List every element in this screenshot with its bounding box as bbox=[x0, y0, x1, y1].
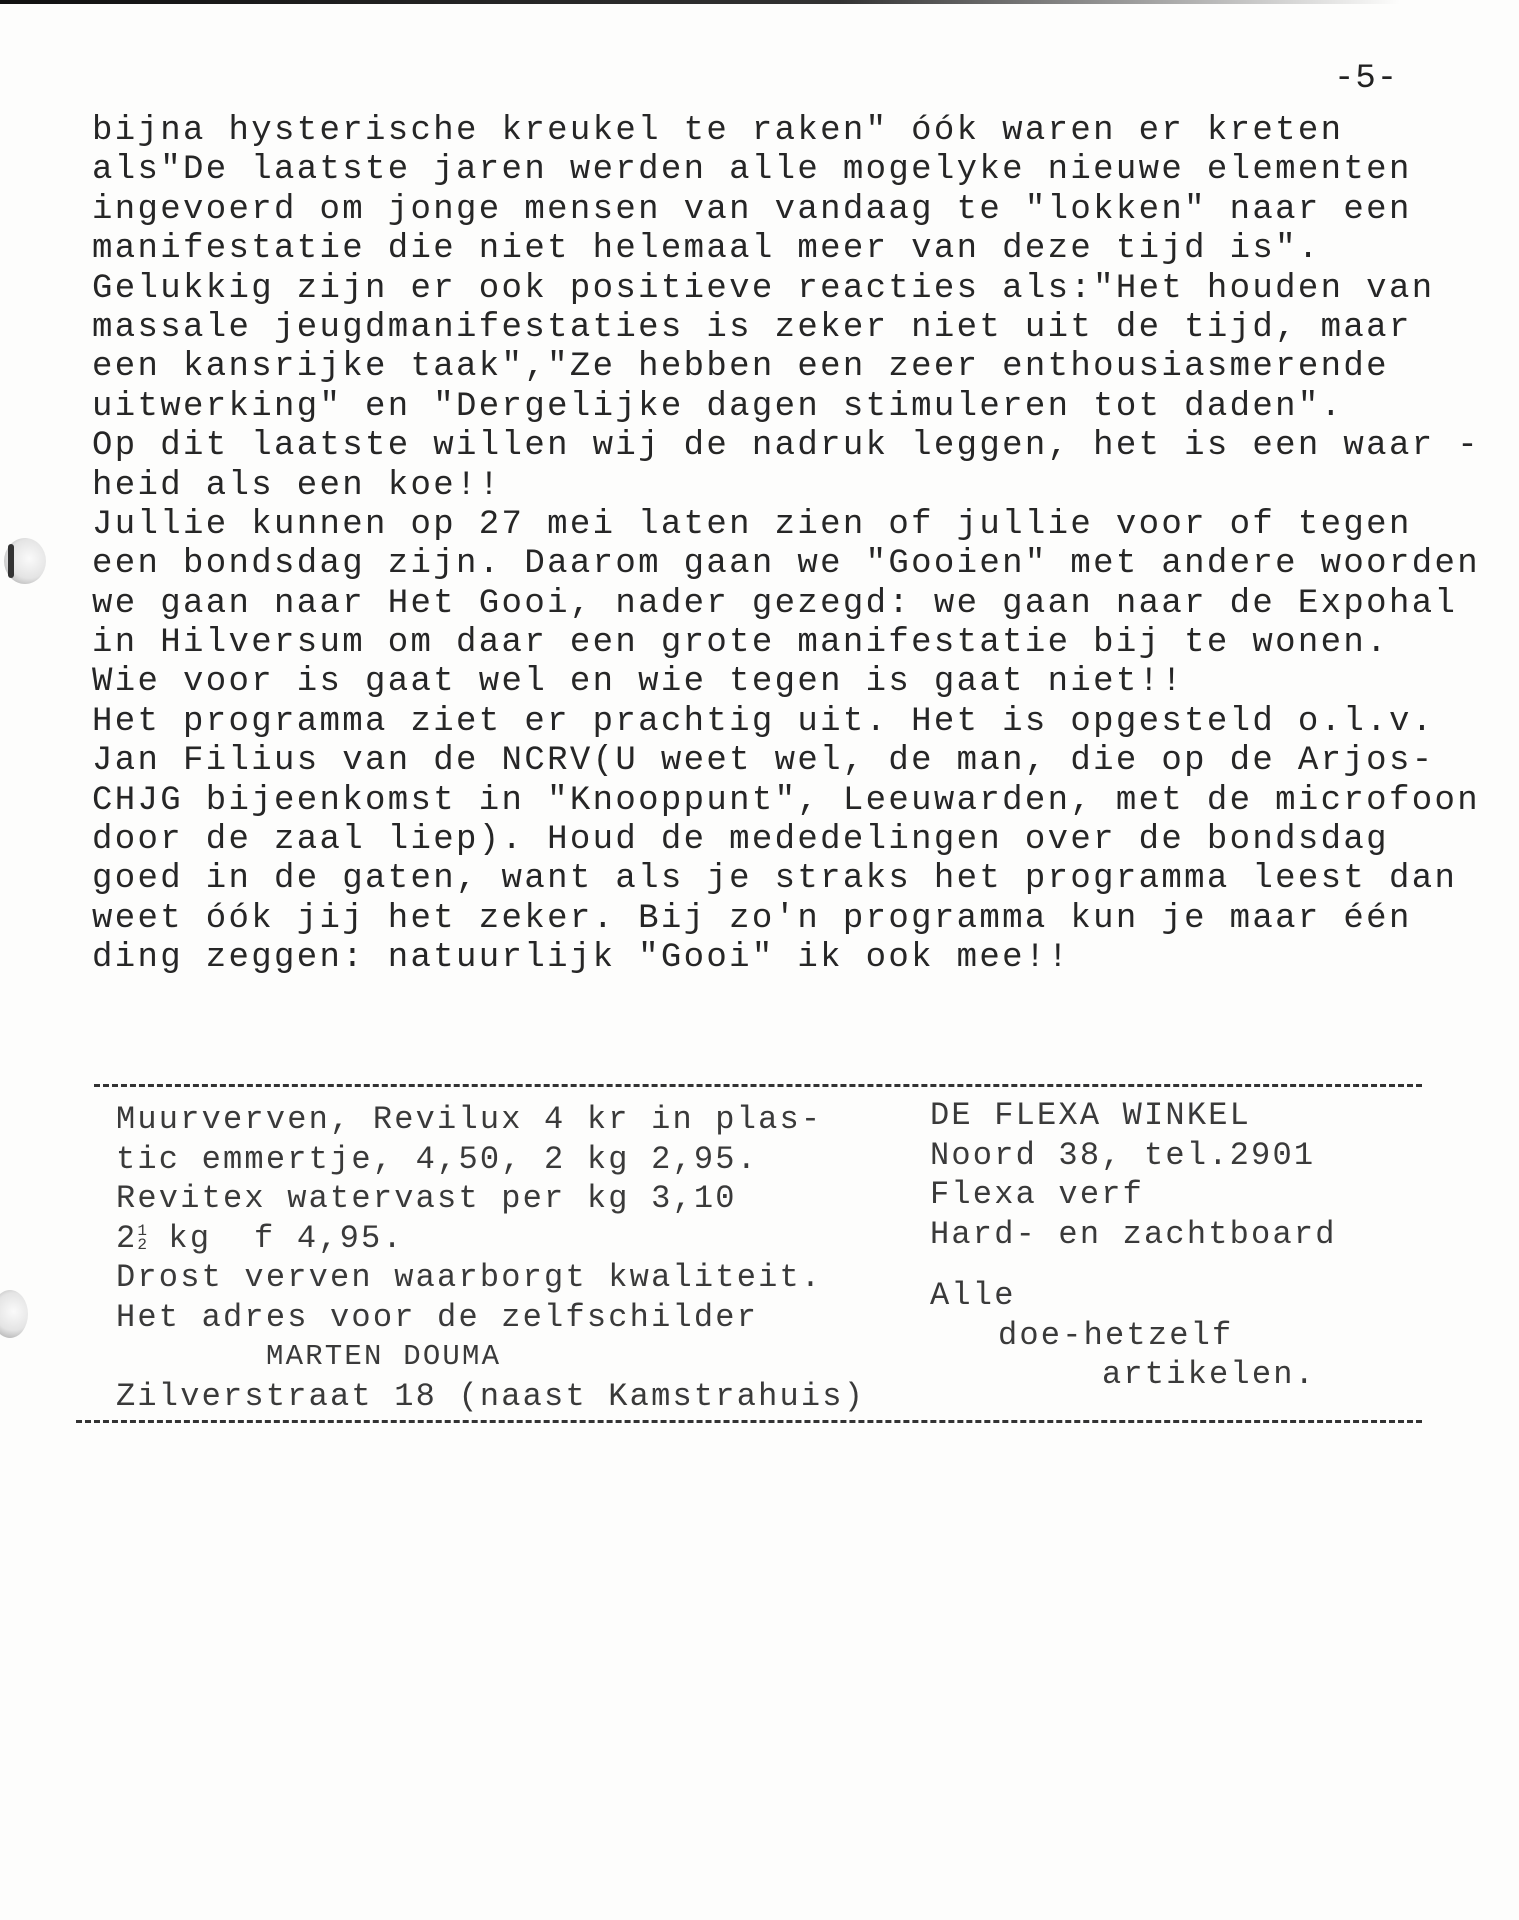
text-line: door de zaal liep). Houd de mededelingen… bbox=[92, 821, 1480, 860]
text-line: als"De laatste jaren werden alle mogelyk… bbox=[92, 151, 1480, 190]
ad-line: Het adres voor de zelfschilder bbox=[116, 1298, 865, 1338]
ad-marten-douma: Muurverven, Revilux 4 kr in plas- tic em… bbox=[116, 1100, 865, 1416]
text-line: ding zeggen: natuurlijk "Gooi" ik ook me… bbox=[92, 939, 1480, 978]
fraction: 12 bbox=[137, 1224, 147, 1252]
scan-top-edge bbox=[0, 0, 1400, 4]
ad-shop-name: MARTEN DOUMA bbox=[116, 1337, 865, 1377]
price-rest: kg f 4,95. bbox=[147, 1220, 404, 1257]
text-line: Op dit laatste willen wij de nadruk legg… bbox=[92, 427, 1480, 466]
ad-tagline: doe-hetzelf bbox=[930, 1316, 1337, 1356]
ad-line: Noord 38, tel.2901 bbox=[930, 1136, 1337, 1176]
text-line: Wie voor is gaat wel en wie tegen is gaa… bbox=[92, 663, 1480, 702]
ad-address: Zilverstraat 18 (naast Kamstrahuis) bbox=[116, 1377, 865, 1417]
text-line: een bondsdag zijn. Daarom gaan we "Gooie… bbox=[92, 545, 1480, 584]
text-line: bijna hysterische kreukel te raken" óók … bbox=[92, 112, 1480, 151]
ad-line: Muurverven, Revilux 4 kr in plas- bbox=[116, 1100, 865, 1140]
ad-line: tic emmertje, 4,50, 2 kg 2,95. bbox=[116, 1140, 865, 1180]
punch-hole bbox=[4, 538, 46, 584]
text-line: Jullie kunnen op 27 mei laten zien of ju… bbox=[92, 506, 1480, 545]
ad-shop-name: DE FLEXA WINKEL bbox=[930, 1096, 1337, 1136]
punch-hole bbox=[0, 1290, 28, 1338]
ad-line: Revitex watervast per kg 3,10 bbox=[116, 1179, 865, 1219]
text-line: goed in de gaten, want als je straks het… bbox=[92, 860, 1480, 899]
ad-price-line: 212 kg f 4,95. bbox=[116, 1219, 865, 1259]
text-line: weet óók jij het zeker. Bij zo'n program… bbox=[92, 900, 1480, 939]
ad-divider-top bbox=[94, 1084, 1422, 1087]
page-number: -5- bbox=[1334, 60, 1398, 98]
price-whole: 2 bbox=[116, 1220, 137, 1257]
text-line: manifestatie die niet helemaal meer van … bbox=[92, 230, 1480, 269]
text-line: een kansrijke taak","Ze hebben een zeer … bbox=[92, 348, 1480, 387]
text-line: massale jeugdmanifestaties is zeker niet… bbox=[92, 309, 1480, 348]
text-line: Jan Filius van de NCRV(U weet wel, de ma… bbox=[92, 742, 1480, 781]
text-line: Gelukkig zijn er ook positieve reacties … bbox=[92, 270, 1480, 309]
text-line: we gaan naar Het Gooi, nader gezegd: we … bbox=[92, 585, 1480, 624]
text-line: CHJG bijeenkomst in "Knooppunt", Leeuwar… bbox=[92, 782, 1480, 821]
ad-tagline: artikelen. bbox=[930, 1355, 1337, 1395]
fraction-denominator: 2 bbox=[137, 1236, 147, 1254]
ad-flexa-winkel: DE FLEXA WINKEL Noord 38, tel.2901 Flexa… bbox=[930, 1096, 1337, 1395]
body-text: bijna hysterische kreukel te raken" óók … bbox=[92, 112, 1480, 979]
ad-line: Drost verven waarborgt kwaliteit. bbox=[116, 1258, 865, 1298]
text-line: uitwerking" en "Dergelijke dagen stimule… bbox=[92, 388, 1480, 427]
ad-line: Flexa verf bbox=[930, 1175, 1337, 1215]
ad-tagline: Alle bbox=[930, 1276, 1337, 1316]
ad-line: Hard- en zachtboard bbox=[930, 1215, 1337, 1255]
text-line: heid als een koe!! bbox=[92, 467, 1480, 506]
text-line: Het programma ziet er prachtig uit. Het … bbox=[92, 703, 1480, 742]
ad-divider-bottom bbox=[76, 1420, 1422, 1423]
text-line: in Hilversum om daar een grote manifesta… bbox=[92, 624, 1480, 663]
text-line: ingevoerd om jonge mensen van vandaag te… bbox=[92, 191, 1480, 230]
